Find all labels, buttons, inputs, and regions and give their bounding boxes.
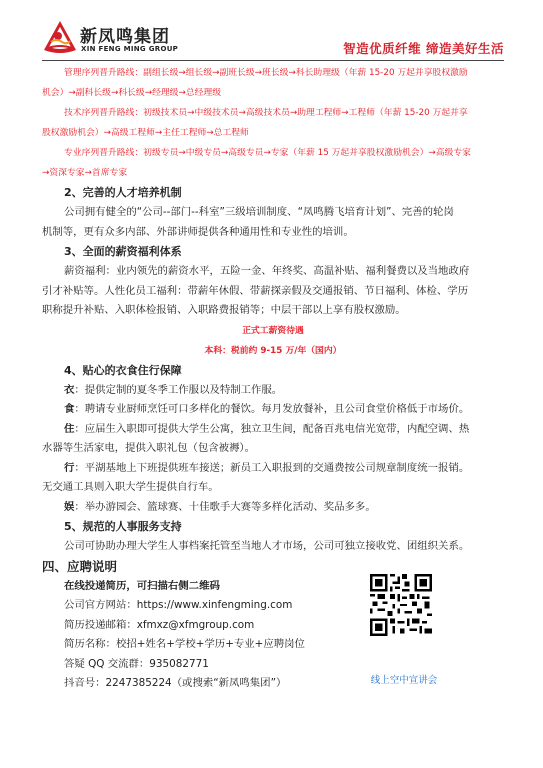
transport-text: ：平湖基地上下班提供班车接送；新员工入职报到的交通费按公司规章制度统一报销。 bbox=[74, 462, 469, 474]
transport-text-2: 无交通工具则入职大学生提供自行车。 bbox=[42, 478, 504, 498]
clothing-label: 衣 bbox=[64, 384, 74, 396]
transport-label: 行 bbox=[64, 462, 74, 474]
recruitment-page: 新凤鸣集团 XIN FENG MING GROUP 智造优质纤维 缔造美好生活 … bbox=[0, 0, 543, 768]
entertainment-text: ：举办游园会、篮球赛、十佳歌手大赛等多样化活动、奖品多多。 bbox=[74, 501, 375, 513]
management-path-line2: 机会）→副科长级→科长级→经理级→总经理级 bbox=[42, 83, 504, 103]
qr-code-icon[interactable] bbox=[370, 574, 432, 636]
email-line[interactable]: 简历投递邮箱：xfmxz@xfmgroup.com bbox=[42, 616, 504, 636]
professional-path-line1: 专业序列晋升路线：初级专员→中级专员→高级专员→专家（年薪 15 万起并享股权激… bbox=[42, 143, 504, 163]
technical-path-line2: 股权激励机会）→高级工程师→主任工程师→总工程师 bbox=[42, 123, 504, 143]
entertainment-item: 娱：举办游园会、篮球赛、十佳歌手大赛等多样化活动、奖品多多。 bbox=[42, 498, 504, 518]
transport-item: 行：平湖基地上下班提供班车接送；新员工入职报到的交通费按公司规章制度统一报销。 bbox=[42, 459, 504, 479]
hr-heading: 5、规范的人事服务支持 bbox=[42, 517, 504, 537]
food-item: 食：聘请专业厨师烹饪可口多样化的餐饮。每月发放餐补，且公司食堂价格低于市场价。 bbox=[42, 400, 504, 420]
technical-path-line1: 技术序列晋升路线：初级技术员→中级技术员→高级技术员→助理工程师→工程师（年薪 … bbox=[42, 103, 504, 123]
clothing-text: ：提供定制的夏冬季工作服以及特制工作服。 bbox=[74, 384, 282, 396]
resume-name-line: 简历名称：校招+姓名+学校+学历+专业+应聘岗位 bbox=[42, 635, 504, 655]
formal-salary-title: 正式工薪资待遇 bbox=[42, 321, 504, 341]
page-header: 新凤鸣集团 XIN FENG MING GROUP 智造优质纤维 缔造美好生活 bbox=[42, 20, 504, 62]
brand-name-en: XIN FENG MING GROUP bbox=[81, 45, 178, 53]
training-heading: 2、完善的人才培养机制 bbox=[42, 183, 504, 203]
management-path-line1: 管理序列晋升路线：副组长级→组长级→副班长级→班长级→科长助理级（年薪 15-2… bbox=[42, 63, 504, 83]
food-text: ：聘请专业厨师烹饪可口多样化的餐饮。每月发放餐补，且公司食堂价格低于市场价。 bbox=[74, 403, 469, 415]
salary-heading: 3、全面的薪资福利体系 bbox=[42, 242, 504, 262]
housing-item: 住：应届生入职即可提供大学生公寓，独立卫生间，配备百兆电信光宽带，内配空调、热 bbox=[42, 420, 504, 440]
living-heading: 4、贴心的衣食住行保障 bbox=[42, 361, 504, 381]
clothing-item: 衣：提供定制的夏冬季工作服以及特制工作服。 bbox=[42, 381, 504, 401]
housing-label: 住 bbox=[64, 423, 74, 435]
housing-text: ：应届生入职即可提供大学生公寓，独立卫生间，配备百兆电信光宽带，内配空调、热 bbox=[74, 423, 469, 435]
training-text-2: 机制等，更有众多内部、外部讲师提供各种通用性和专业性的培训。 bbox=[42, 223, 504, 243]
formal-salary-value: 本科：税前约 9-15 万/年（国内） bbox=[42, 341, 504, 361]
slogan: 智造优质纤维 缔造美好生活 bbox=[343, 39, 504, 57]
qr-caption-link[interactable]: 线上空中宣讲会 bbox=[362, 672, 446, 686]
food-label: 食 bbox=[64, 403, 74, 415]
training-text-1: 公司拥有健全的“公司--部门--科室”三级培训制度、“凤鸣腾飞培育计划”、完善的… bbox=[42, 203, 504, 223]
salary-text-2: 引才补贴等。人性化员工福利：带薪年休假、带薪探亲假及交通报销、节日福利、体检、学… bbox=[42, 282, 504, 302]
entertainment-label: 娱 bbox=[64, 501, 74, 513]
professional-path-line2: →资深专家→首席专家 bbox=[42, 163, 504, 183]
website-line[interactable]: 公司官方网站：https://www.xinfengming.com bbox=[42, 596, 504, 616]
application-heading: 四、应聘说明 bbox=[42, 557, 504, 577]
salary-text-3: 职称提升补贴、入职体检报销、入职路费报销等；中层干部以上享有股权激励。 bbox=[42, 301, 504, 321]
hr-text: 公司可协助办理大学生人事档案托管至当地人才市场，公司可独立接收党、团组织关系。 bbox=[42, 537, 504, 557]
document-body: 管理序列晋升路线：副组长级→组长级→副班长级→班长级→科长助理级（年薪 15-2… bbox=[42, 63, 504, 694]
housing-text-2: 水器等生活家电，提供入职礼包（包含被褥）。 bbox=[42, 439, 504, 459]
brand-name-cn: 新凤鸣集团 bbox=[80, 22, 170, 47]
company-logo-icon bbox=[42, 20, 78, 54]
salary-text-1: 薪资福利：业内领先的薪资水平，五险一金、年终奖、高温补贴、福利餐费以及当地政府 bbox=[42, 262, 504, 282]
header-divider bbox=[42, 60, 504, 61]
application-subheading: 在线投递简历，可扫描右侧二维码 bbox=[42, 577, 504, 597]
